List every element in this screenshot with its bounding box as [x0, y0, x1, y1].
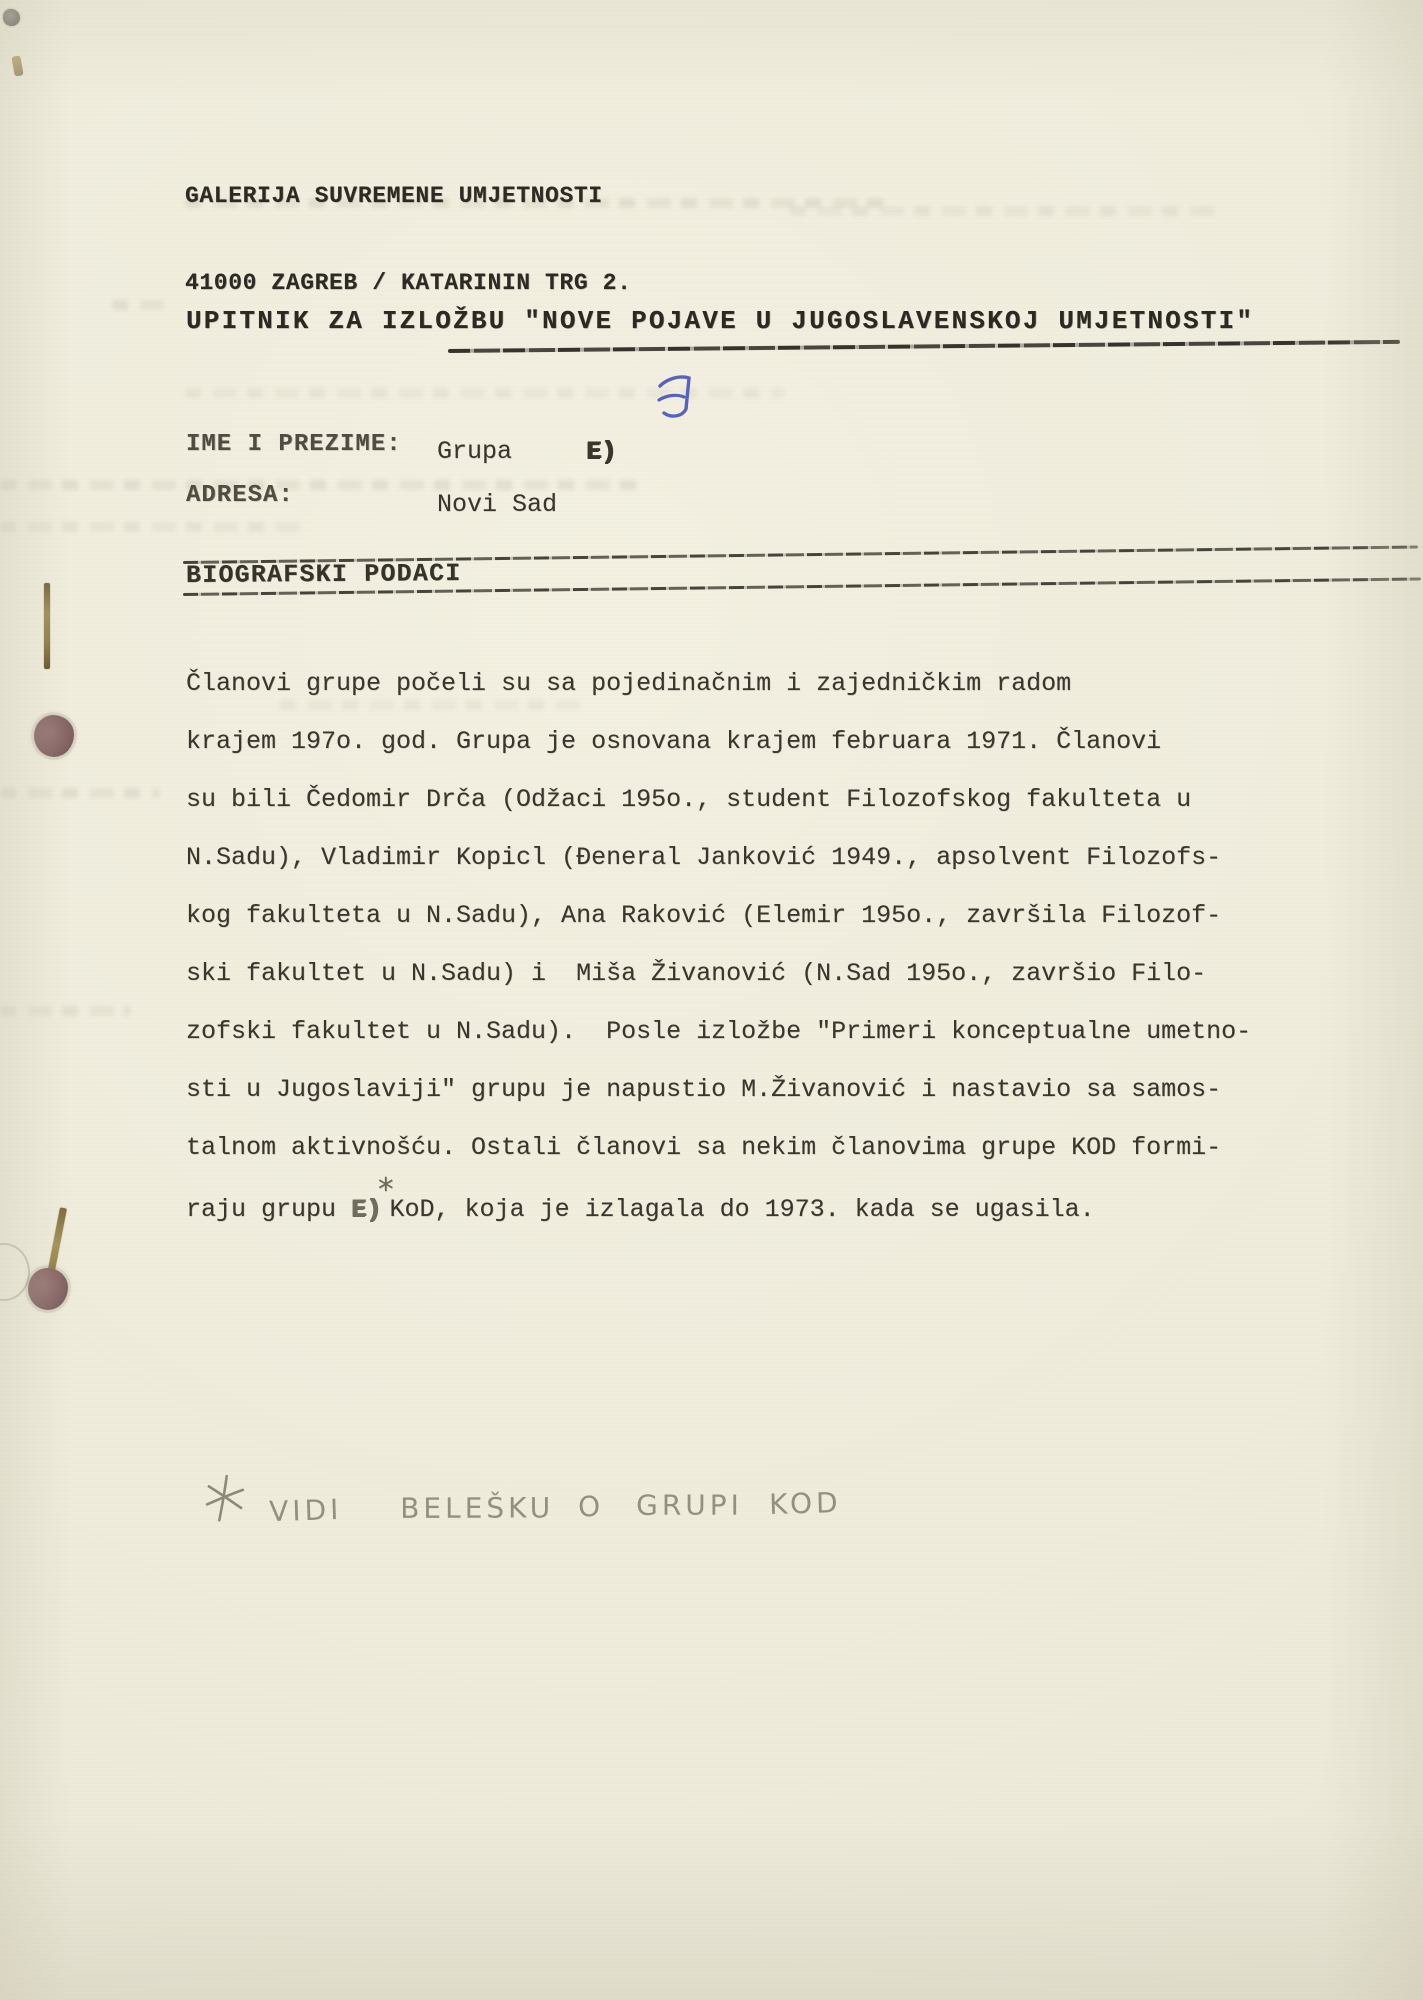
- showthrough-mark: [0, 480, 640, 490]
- embossed-ring-icon: [0, 1243, 30, 1301]
- footnote-word: O: [578, 1493, 605, 1522]
- handwritten-reversed-e-icon: [653, 371, 697, 426]
- asterisk-icon: [205, 1474, 246, 1530]
- biography-paragraph: Članovi grupe počeli su sa pojedinačnim …: [186, 655, 1251, 1235]
- bio-final-line: raju grupu E)*KoD, koja je izlagala do 1…: [186, 1177, 1251, 1235]
- name-value-prefix: Grupa: [437, 437, 512, 466]
- showthrough-mark: [0, 1006, 130, 1016]
- name-label: IME I PREZIME:: [186, 431, 402, 458]
- group-e-mark: E): [586, 437, 616, 466]
- footnote-word: KOD: [769, 1489, 842, 1519]
- punched-hole-icon: [28, 1268, 68, 1310]
- footnote-word: GRUPI: [637, 1492, 744, 1520]
- document-title: UPITNIK ZA IZLOŽBU "NOVE POJAVE U JUGOSL…: [186, 306, 1254, 336]
- bio-line: su bili Čedomir Drča (Odžaci 195o., stud…: [186, 771, 1251, 829]
- bio-final-post: KoD, koja je izlagala do 1973. kada se u…: [390, 1195, 1095, 1224]
- showthrough-mark: [790, 206, 1220, 216]
- showthrough-mark: [0, 522, 300, 532]
- bio-line: zofski fakultet u N.Sadu). Posle izložbe…: [186, 1003, 1251, 1061]
- metal-speck-icon: [11, 55, 23, 76]
- bio-line: talnom aktivnošću. Ostali članovi sa nek…: [186, 1119, 1251, 1177]
- address-label: ADRESA:: [186, 482, 294, 509]
- bio-final-group-mark: E): [351, 1195, 381, 1224]
- punched-hole-icon: [34, 715, 74, 757]
- bio-final-pre: raju grupu: [186, 1195, 351, 1224]
- gallery-address: 41000 ZAGREB / KATARININ TRG 2.: [185, 269, 631, 298]
- footnote-word: VIDI: [269, 1496, 343, 1526]
- staple-mark-icon: [3, 9, 20, 26]
- section-heading: BIOGRAFSKI PODACI: [186, 559, 462, 590]
- title-prefix: UPITNIK ZA IZLOŽBU: [186, 306, 524, 336]
- fastener-prong-icon: [44, 583, 50, 669]
- bio-line: krajem 197o. god. Grupa je osnovana kraj…: [186, 713, 1251, 771]
- bio-line: N.Sadu), Vladimir Kopicl (Đeneral Jankov…: [186, 829, 1251, 887]
- name-value: GrupaE): [437, 437, 616, 466]
- bio-line: kog fakulteta u N.Sadu), Ana Raković (El…: [186, 887, 1251, 945]
- bio-line: ski fakultet u N.Sadu) i Miša Živanović …: [186, 945, 1251, 1003]
- showthrough-mark: [112, 300, 170, 310]
- bio-line: sti u Jugoslaviji" grupu je napustio M.Ž…: [186, 1061, 1251, 1119]
- scanned-questionnaire-page: GALERIJA SUVREMENE UMJETNOSTI 41000 ZAGR…: [0, 0, 1423, 2000]
- pencil-footnote: VIDI BELEŠKU O GRUPI KOD: [205, 1464, 842, 1530]
- title-quoted: "NOVE POJAVE U JUGOSLAVENSKOJ UMJETNOSTI…: [524, 306, 1254, 336]
- gallery-name: GALERIJA SUVREMENE UMJETNOSTI: [185, 182, 631, 211]
- footnote-word: BELEŠKU: [400, 1494, 554, 1523]
- showthrough-mark: [0, 788, 160, 798]
- bio-line: Članovi grupe počeli su sa pojedinačnim …: [186, 655, 1251, 713]
- address-value: Novi Sad: [437, 490, 557, 519]
- footnote-reference-asterisk: *: [378, 1172, 394, 1208]
